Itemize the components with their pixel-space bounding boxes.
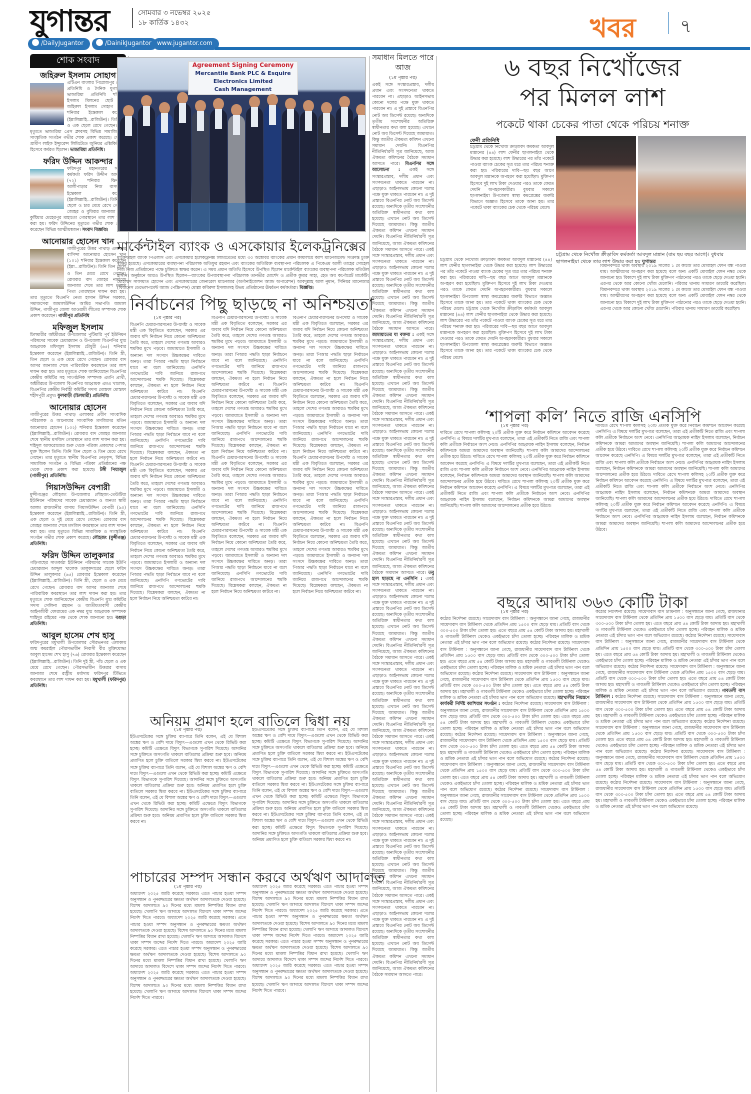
revenue-body: (১ম পৃষ্ঠার পর)কঠোর নির্দেশনা রয়েছে। সা… — [440, 610, 745, 1092]
obituary-credit: গাজীপুর প্রতিনিধি — [58, 314, 89, 319]
deceased-photo — [638, 136, 746, 250]
obituary-name: ফরিদ উদ্দিন আকন্দার — [30, 157, 126, 167]
date-gregorian: সোমবার ৩ নভেম্বর ২০২৫ — [138, 8, 211, 18]
mercantile-body: মার্কেন্টাইল ব্যাংক পিএলসি এবং এসকোয়ার … — [117, 256, 369, 296]
date-bengali: ১৮ কার্তিক ১৪৩২ — [138, 18, 211, 28]
obituary-item: গিয়াসউদ্দিন বেপারী মুন্সীগঞ্জের লৌহজং উ… — [30, 483, 126, 548]
obituary-credit: ভান্ডারিয়া প্রতিনিধি। — [70, 148, 105, 153]
obituary-text: চিলমারীর অষ্টমীরচর উপজেলার পুটিমারি পূর্… — [30, 333, 126, 399]
dismiss-body: (১ম পৃষ্ঠার পর)ইউএসটেকের সঙ্গে চুক্তির ব… — [130, 728, 368, 856]
obituary-name: আনোয়ার হোসেন — [30, 403, 126, 413]
obituary-name: গিয়াসউদ্দিন বেপারী — [30, 483, 126, 493]
masthead-rule — [215, 47, 750, 50]
obituary-text: ফরিদপুরের মধুখালী উপজেলার সৌরভনগর এলাকায… — [30, 641, 126, 683]
obituary-text: গাজীপুরের উত্তর পাথাড় এলাকার প্রবীণ সাং… — [30, 413, 126, 473]
missing-body-intro: চট্টগ্রাম থেকে নিখোঁজ ক্রীড়াবিদ কর্মকর্… — [470, 145, 554, 255]
obituary-item: আনোয়ার হোসেন খান গাজীপুরের উত্তর পাথাড়… — [30, 237, 126, 320]
obituary-name: মফিজুল ইসলাম — [30, 323, 126, 333]
page-number: ৭ — [680, 12, 692, 43]
obituary-item: ফরিদ উদ্দিন তালুকদার গড়িগাছের সাতকাঠা ই… — [30, 551, 126, 628]
obituary-credit: ফুলবাড়ী (চিলমারী) প্রতিনিধি। — [58, 394, 110, 399]
obituary-name: আনোয়ার হোসেন খান — [30, 237, 126, 247]
obituary-item: আনোয়ার হোসেন গাজীপুরের উত্তর পাথাড় এলা… — [30, 403, 126, 480]
obituary-name: ফরিদ উদ্দিন তালুকদার — [30, 551, 126, 561]
solution-headline: সমাধান মিলতে পারে আজ — [372, 53, 434, 73]
election-body: (১ম পৃষ্ঠার পর)বিএনপি চেয়ারপারসনের উপদে… — [130, 316, 368, 708]
masthead-logo: যুগান্তর — [30, 6, 109, 38]
obituary-header: শোক সংবাদ — [30, 54, 126, 68]
masthead-divider — [132, 8, 133, 28]
shapla-body: (১ম পৃষ্ঠার পর)দাবিতে রেখে শাপলা কলিসহ ২… — [440, 424, 745, 589]
social-facebook-link[interactable]: /DainikJugantor — [92, 38, 157, 50]
missing-body-col2: বিমানবন্দরে থাকা অবস্থায় ২০১৯ সালের ১ ম… — [600, 264, 746, 400]
column-divider — [369, 56, 370, 1092]
missing-body-col1: চট্টগ্রাম থেকে নিখোঁজ ক্রীড়াবিদ কর্মকর্… — [440, 258, 552, 400]
solution-body: (১ম পৃষ্ঠার পর) একই সঙ্গে সংস্কারপ্রস্তা… — [372, 76, 434, 1091]
obituary-text: মুন্সীগঞ্জের লৌহজং উপজেলার লৌহজং-তেউটিয়… — [30, 493, 126, 541]
photo-banner: Agreement Signing Ceremony Mercantile Ba… — [188, 61, 298, 95]
section-title: খবর — [590, 8, 636, 52]
x-icon — [32, 39, 39, 46]
money-laundering-body: (১ম পৃষ্ঠার পর)অধ্যাদেশ ২০২৫ জারি করেছে … — [130, 885, 368, 1091]
facebook-icon — [96, 39, 103, 46]
obituary-item: আবুল হাসেম শেখ হাসু ফরিদপুরের মধুখালী উপ… — [30, 631, 126, 690]
obituary-item: ফরিদ উদ্দিন আকন্দার ফরিদপুর মহানগরের সাব… — [30, 157, 126, 234]
masthead-date: সোমবার ৩ নভেম্বর ২০২৫ ১৮ কার্তিক ১৪৩২ — [138, 8, 211, 28]
missing-person-photo — [556, 136, 636, 250]
obituary-photo — [30, 83, 64, 125]
obituary-name: জহিরুল ইসলাম সোহাগ — [30, 71, 126, 81]
obituary-photo — [30, 249, 64, 289]
obituary-photo — [30, 169, 64, 209]
obituary-item: জহিরুল ইসলাম সোহাগ এটিএন বাংলার পিরোজপুর… — [30, 71, 126, 154]
obituary-credit: সংবাদ বিজ্ঞপ্তি। — [82, 228, 108, 233]
obituary-item: মফিজুল ইসলাম চিলমারীর অষ্টমীরচর উপজেলার … — [30, 323, 126, 400]
obituary-column: শোক সংবাদ জহিরুল ইসলাম সোহাগ এটিএন বাংলা… — [30, 54, 126, 690]
social-web-link[interactable]: www.jugantor.com — [153, 38, 219, 50]
missing-headline: ৬ বছর নিখোঁজের পর মিলল লাশ — [440, 53, 745, 113]
social-x-link[interactable]: /DailyJugantor — [28, 38, 90, 50]
missing-subheadline: পকেটে থাকা চেকের পাতা থেকে পরিচয় শনাক্ত — [440, 118, 745, 135]
section-divider — [668, 12, 669, 34]
agreement-photo: Agreement Signing Ceremony Mercantile Ba… — [117, 57, 366, 232]
obituary-name: আবুল হাসেম শেখ হাসু — [30, 631, 126, 641]
column-divider — [436, 56, 437, 1092]
obituary-text: গড়িগাছের সাতকাঠা ইউনিয়ন পরিষদের সাবেক … — [30, 561, 126, 621]
